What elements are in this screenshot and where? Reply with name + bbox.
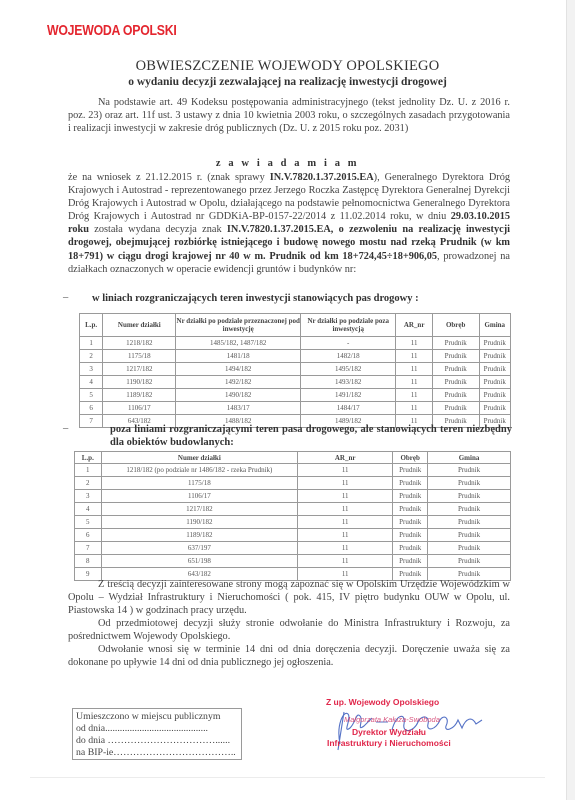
table-cell: -: [301, 337, 396, 350]
table-cell: 2: [75, 477, 102, 490]
table-cell: 11: [396, 376, 433, 389]
announcement-heading: z a w i a d a m i a m: [0, 158, 575, 169]
table-cell: Prudnik: [428, 503, 511, 516]
notice-text-a: że na wniosek z 21.12.2015 r. (znak spra…: [68, 172, 270, 183]
table-cell: Prudnik: [393, 516, 428, 529]
table-header-row: L.p.Numer działkiNr działki po podziale …: [80, 314, 511, 337]
table-cell: 11: [396, 389, 433, 402]
table-cell: 1495/182: [301, 363, 396, 376]
signatory-department: Infrastruktury i Nieruchomości: [327, 738, 451, 748]
table-cell: 1106/17: [101, 490, 298, 503]
table-cell: 1218/182 (po podziale nr 1486/182 - rzek…: [101, 464, 298, 477]
table-cell: Prudnik: [479, 337, 510, 350]
table-cell: 1175/18: [103, 350, 176, 363]
table-cell: 5: [80, 389, 103, 402]
table-cell: 11: [298, 555, 393, 568]
table-cell: 11: [396, 350, 433, 363]
table-row: 41217/18211PrudnikPrudnik: [75, 503, 511, 516]
table-cell: 1: [80, 337, 103, 350]
table-cell: Prudnik: [393, 477, 428, 490]
table-cell: Prudnik: [479, 363, 510, 376]
closing-text-2: Od przedmiotowej decyzji służy stronie o…: [68, 618, 510, 642]
table-row: 51190/18211PrudnikPrudnik: [75, 516, 511, 529]
table-row: 31106/1711PrudnikPrudnik: [75, 490, 511, 503]
table-cell: Prudnik: [479, 402, 510, 415]
section1-heading: w liniach rozgraniczających teren inwest…: [92, 292, 512, 305]
table-cell: 4: [80, 376, 103, 389]
table-cell: Prudnik: [393, 555, 428, 568]
table-cell: Prudnik: [428, 555, 511, 568]
column-header: L.p.: [80, 314, 103, 337]
table-cell: 1491/182: [301, 389, 396, 402]
table-row: 21175/1811PrudnikPrudnik: [75, 477, 511, 490]
table-cell: 7: [80, 415, 103, 428]
table-cell: 11: [298, 529, 393, 542]
table-cell: 1494/182: [176, 363, 301, 376]
table-cell: 1492/182: [176, 376, 301, 389]
issuer-stamp: WOJEWODA OPOLSKI: [47, 22, 177, 39]
posting-from-date: od dnia.................................…: [76, 723, 238, 735]
signatory-role: Dyrektor Wydziału: [352, 727, 426, 737]
table-cell: Prudnik: [428, 490, 511, 503]
section2-bullet: –: [63, 423, 68, 434]
column-header: L.p.: [75, 452, 102, 464]
table-row: 31217/1821494/1821495/18211PrudnikPrudni…: [80, 363, 511, 376]
case-number: IN.V.7820.1.37.2015.EA: [270, 172, 374, 183]
table-row: 11218/1821485/182, 1487/182-11PrudnikPru…: [80, 337, 511, 350]
table-cell: 1106/17: [103, 402, 176, 415]
public-posting-box: Umieszczono w miejscu publicznym od dnia…: [72, 708, 242, 760]
table-cell: 11: [298, 477, 393, 490]
table-row: 11218/182 (po podziale nr 1486/182 - rze…: [75, 464, 511, 477]
table-cell: 11: [396, 363, 433, 376]
closing-paragraph-1: Z treścią decyzji zainteresowane strony …: [68, 578, 510, 617]
table-cell: Prudnik: [428, 529, 511, 542]
table-cell: Prudnik: [428, 477, 511, 490]
construction-parcels-table: L.p.Numer działkiAR_nrObrębGmina 11218/1…: [74, 451, 511, 581]
legal-basis-text: Na podstawie art. 49 Kodeksu postępowani…: [68, 97, 510, 134]
table-cell: 11: [298, 516, 393, 529]
table-cell: Prudnik: [432, 389, 479, 402]
notice-text-c: została wydana decyzja znak: [89, 224, 227, 235]
signatory-name: Małgorzata Kałuża-Swoboda: [344, 715, 440, 724]
table-cell: 4: [75, 503, 102, 516]
table-cell: 7: [75, 542, 102, 555]
table-cell: Prudnik: [479, 389, 510, 402]
table-row: 51189/1821490/1821491/18211PrudnikPrudni…: [80, 389, 511, 402]
table-cell: Prudnik: [432, 376, 479, 389]
table-cell: 1482/18: [301, 350, 396, 363]
column-header: AR_nr: [396, 314, 433, 337]
table-cell: 8: [75, 555, 102, 568]
table-cell: Prudnik: [432, 363, 479, 376]
posting-to-date: do dnia ……………………………......: [76, 735, 238, 747]
table-cell: 11: [396, 402, 433, 415]
table-cell: 11: [298, 490, 393, 503]
table-cell: 1190/182: [101, 516, 298, 529]
column-header: Obręb: [393, 452, 428, 464]
table-cell: Prudnik: [428, 542, 511, 555]
table-row: 8651/19811PrudnikPrudnik: [75, 555, 511, 568]
closing-text-1: Z treścią decyzji zainteresowane strony …: [68, 579, 510, 616]
table-cell: Prudnik: [479, 376, 510, 389]
table-cell: 1189/182: [103, 389, 176, 402]
table-cell: Prudnik: [393, 464, 428, 477]
section1-bullet: –: [63, 292, 68, 303]
table-cell: 2: [80, 350, 103, 363]
column-header: Nr działki po podziale przeznaczonej pod…: [176, 314, 301, 337]
table-cell: 1190/182: [103, 376, 176, 389]
page-bottom-divider: [30, 777, 545, 778]
table-cell: 5: [75, 516, 102, 529]
page-edge: [566, 0, 575, 800]
table-cell: Prudnik: [432, 402, 479, 415]
column-header: Numer działki: [101, 452, 298, 464]
table-cell: 11: [298, 464, 393, 477]
table-cell: 1189/182: [101, 529, 298, 542]
closing-text-3: Odwołanie wnosi się w terminie 14 dni od…: [68, 644, 510, 668]
table-cell: 1493/182: [301, 376, 396, 389]
table-row: 41190/1821492/1821493/18211PrudnikPrudni…: [80, 376, 511, 389]
column-header: Obręb: [432, 314, 479, 337]
column-header: Gmina: [479, 314, 510, 337]
table-cell: Prudnik: [432, 350, 479, 363]
table-cell: 3: [80, 363, 103, 376]
table-header-row: L.p.Numer działkiAR_nrObrębGmina: [75, 452, 511, 464]
table-cell: Prudnik: [428, 464, 511, 477]
document-title: OBWIESZCZENIE WOJEWODY OPOLSKIEGO: [0, 58, 575, 75]
table-row: 61106/171483/171484/1711PrudnikPrudnik: [80, 402, 511, 415]
column-header: AR_nr: [298, 452, 393, 464]
column-header: Gmina: [428, 452, 511, 464]
table-cell: 1218/182: [103, 337, 176, 350]
table-cell: Prudnik: [393, 542, 428, 555]
notice-paragraph: że na wniosek z 21.12.2015 r. (znak spra…: [68, 171, 510, 276]
posting-bip: na BIP-ie………………………………..: [76, 747, 238, 759]
section2-heading: poza liniami rozgraniczającymi teren pas…: [110, 423, 512, 449]
posting-label: Umieszczono w miejscu publicznym: [76, 711, 238, 723]
road-lane-parcels-table: L.p.Numer działkiNr działki po podziale …: [79, 313, 511, 428]
table-cell: 11: [298, 542, 393, 555]
table-cell: 11: [298, 503, 393, 516]
table-cell: Prudnik: [432, 337, 479, 350]
column-header: Numer działki: [103, 314, 176, 337]
table-row: 7637/19711PrudnikPrudnik: [75, 542, 511, 555]
table-cell: Prudnik: [393, 529, 428, 542]
table-cell: 1217/182: [103, 363, 176, 376]
table-cell: Prudnik: [428, 516, 511, 529]
table-cell: 11: [396, 337, 433, 350]
table-cell: 3: [75, 490, 102, 503]
column-header: Nr działki po podziale poza inwestycją: [301, 314, 396, 337]
table-cell: 1175/18: [101, 477, 298, 490]
table-cell: 1485/182, 1487/182: [176, 337, 301, 350]
closing-paragraph-3: Odwołanie wnosi się w terminie 14 dni od…: [68, 643, 510, 669]
table-row: 61189/18211PrudnikPrudnik: [75, 529, 511, 542]
closing-paragraph-2: Od przedmiotowej decyzji służy stronie o…: [68, 617, 510, 643]
table-cell: 1483/17: [176, 402, 301, 415]
table-cell: Prudnik: [393, 503, 428, 516]
table-cell: 1481/18: [176, 350, 301, 363]
table-cell: 6: [75, 529, 102, 542]
table-cell: 1484/17: [301, 402, 396, 415]
table-cell: 1217/182: [101, 503, 298, 516]
table-cell: 6: [80, 402, 103, 415]
table-cell: 651/198: [101, 555, 298, 568]
table-cell: 1: [75, 464, 102, 477]
legal-basis-paragraph: Na podstawie art. 49 Kodeksu postępowani…: [68, 96, 510, 135]
table-cell: 1490/182: [176, 389, 301, 402]
table-cell: 637/197: [101, 542, 298, 555]
table-cell: Prudnik: [479, 350, 510, 363]
table-cell: Prudnik: [393, 490, 428, 503]
table-row: 21175/181481/181482/1811PrudnikPrudnik: [80, 350, 511, 363]
document-subtitle: o wydaniu decyzji zezwalającej na realiz…: [0, 76, 575, 88]
